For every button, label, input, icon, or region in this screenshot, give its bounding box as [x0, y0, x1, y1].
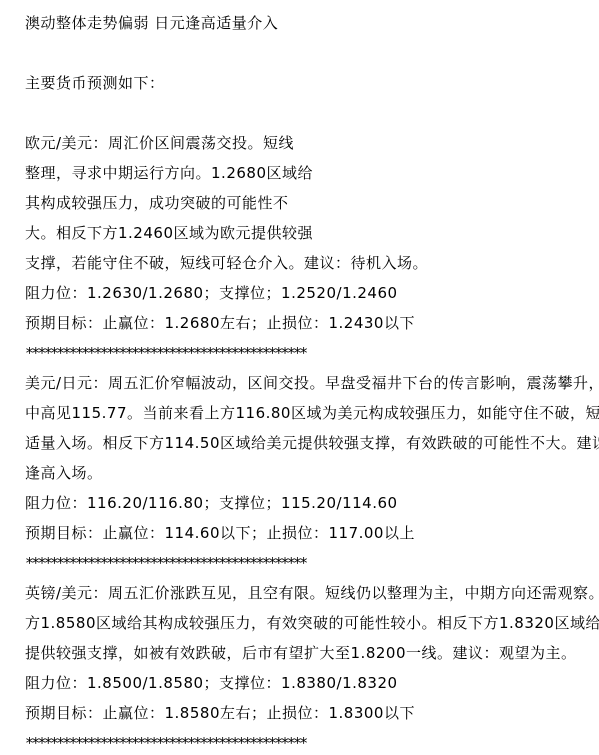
- paragraph-line: 提供较强支撑，如被有效跌破，后市有望扩大至1.8200一线。建议：观望为主。: [25, 638, 599, 668]
- levels-line: 阻力位：1.8500/1.8580；支撑位：1.8380/1.8320: [25, 668, 599, 698]
- paragraph-line: 大。相反下方1.2460区域为欧元提供较强: [25, 218, 599, 248]
- paragraph-line: 美元/日元：周五汇价窄幅波动，区间交投。早盘受福井下台的传言影响，震荡攀升，盘: [25, 368, 599, 398]
- paragraph-line: 整理，寻求中期运行方向。1.2680区域给: [25, 158, 599, 188]
- paragraph-line: 中高见115.77。当前来看上方116.80区域为美元构成较强压力，如能守住不破…: [25, 398, 599, 428]
- forecast-document: 澳动整体走势偏弱 日元逢高适量介入 主要货币预测如下： 欧元/美元：周汇价区间震…: [0, 0, 599, 755]
- asterisk-divider: ****************************************…: [25, 338, 599, 368]
- targets-line: 预期目标：止赢位：114.60以下；止损位：117.00以上: [25, 518, 599, 548]
- levels-line: 阻力位：116.20/116.80；支撑位；115.20/114.60: [25, 488, 599, 518]
- section-gbpusd: 英镑/美元：周五汇价涨跌互见，且空有限。短线仍以整理为主，中期方向还需观察。上 …: [25, 578, 599, 755]
- asterisk-divider: ****************************************…: [25, 548, 599, 578]
- levels-line: 阻力位：1.2630/1.2680；支撑位；1.2520/1.2460: [25, 278, 599, 308]
- blank-line: [25, 98, 599, 128]
- targets-line: 预期目标：止赢位：1.2680左右；止损位：1.2430以下: [25, 308, 599, 338]
- paragraph-line: 适量入场。相反下方114.50区域给美元提供较强支撑，有效跌破的可能性不大。建议…: [25, 428, 599, 458]
- paragraph-line: 其构成较强压力，成功突破的可能性不: [25, 188, 599, 218]
- section-usdjpy: 美元/日元：周五汇价窄幅波动，区间交投。早盘受福井下台的传言影响，震荡攀升，盘 …: [25, 368, 599, 578]
- paragraph-line: 方1.8580区域给其构成较强压力，有效突破的可能性较小。相反下方1.8320区…: [25, 608, 599, 638]
- paragraph-line: 支撑，若能守住不破，短线可轻仓介入。建议：待机入场。: [25, 248, 599, 278]
- paragraph-line: 英镑/美元：周五汇价涨跌互见，且空有限。短线仍以整理为主，中期方向还需观察。上: [25, 578, 599, 608]
- paragraph-line: 欧元/美元：周汇价区间震荡交投。短线: [25, 128, 599, 158]
- page-title: 澳动整体走势偏弱 日元逢高适量介入: [25, 8, 599, 38]
- targets-line: 预期目标：止赢位：1.8580左右；止损位：1.8300以下: [25, 698, 599, 728]
- blank-line: [25, 38, 599, 68]
- intro-line: 主要货币预测如下：: [25, 68, 599, 98]
- paragraph-line: 逢高入场。: [25, 458, 599, 488]
- asterisk-divider: ****************************************…: [25, 728, 599, 755]
- section-eurusd: 欧元/美元：周汇价区间震荡交投。短线 整理，寻求中期运行方向。1.2680区域给…: [25, 128, 599, 368]
